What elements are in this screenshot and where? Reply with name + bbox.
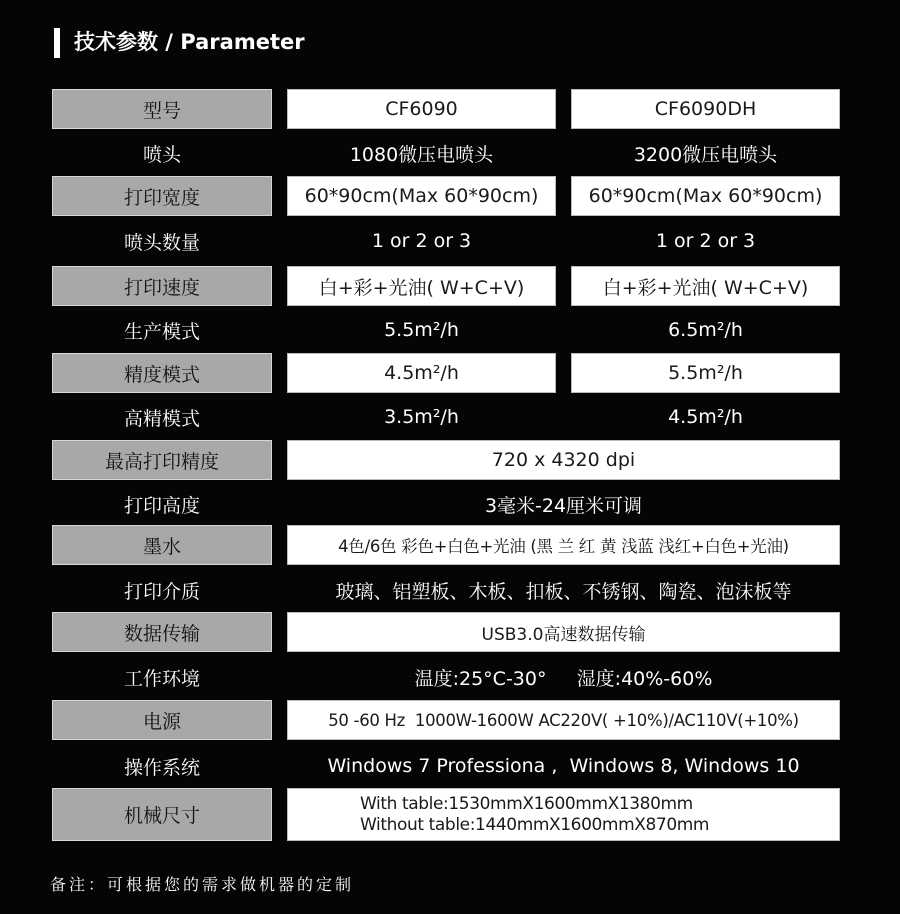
spec-label-data-transfer: 数据传输 — [52, 612, 272, 652]
spec-label-working-environment: 工作环境 — [52, 657, 272, 697]
spec-value-print-height: 3毫米-24厘米可调 — [287, 484, 840, 524]
spec-value-operating-system: Windows 7 Professiona , Windows 8, Windo… — [287, 746, 840, 786]
spec-value-high-precision-mode-cf6090dh: 4.5m²/h — [571, 397, 840, 437]
spec-value-print-media: 玻璃、铝塑板、木板、扣板、不锈钢、陶瓷、泡沫板等 — [287, 570, 840, 610]
spec-value-data-transfer: USB3.0高速数据传输 — [287, 612, 840, 652]
spec-value-model-cf6090: CF6090 — [287, 89, 556, 129]
spec-label-production-mode: 生产模式 — [52, 310, 272, 350]
page-title: 技术参数 / Parameter — [74, 27, 305, 57]
spec-label-high-precision-mode: 高精模式 — [52, 397, 272, 437]
spec-value-machine-dimensions: With table:1530mmX1600mmX1380mm Without … — [287, 788, 840, 841]
spec-value-printhead-cf6090: 1080微压电喷头 — [287, 133, 556, 173]
spec-value-high-precision-mode-cf6090: 3.5m²/h — [287, 397, 556, 437]
spec-value-production-mode-cf6090: 5.5m²/h — [287, 310, 556, 350]
spec-label-printhead: 喷头 — [52, 133, 272, 173]
spec-value-production-mode-cf6090dh: 6.5m²/h — [571, 310, 840, 350]
spec-label-power: 电源 — [52, 700, 272, 740]
spec-label-print-speed: 打印速度 — [52, 266, 272, 306]
spec-value-print-width-cf6090dh: 60*90cm(Max 60*90cm) — [571, 176, 840, 216]
spec-label-head-count: 喷头数量 — [52, 221, 272, 261]
spec-label-print-width: 打印宽度 — [52, 176, 272, 216]
spec-value-head-count-cf6090: 1 or 2 or 3 — [287, 221, 556, 261]
spec-label-precision-mode: 精度模式 — [52, 353, 272, 393]
spec-value-model-cf6090dh: CF6090DH — [571, 89, 840, 129]
spec-value-head-count-cf6090dh: 1 or 2 or 3 — [571, 221, 840, 261]
dimensions-without-table: Without table:1440mmX1600mmX870mm — [360, 815, 709, 836]
spec-value-precision-mode-cf6090dh: 5.5m²/h — [571, 353, 840, 393]
spec-value-max-resolution: 720 x 4320 dpi — [287, 440, 840, 480]
spec-label-print-media: 打印介质 — [52, 570, 272, 610]
dimensions-with-table: With table:1530mmX1600mmX1380mm — [360, 794, 693, 815]
spec-label-model: 型号 — [52, 89, 272, 129]
footer-note: 备注：可根据您的需求做机器的定制 — [50, 872, 354, 895]
spec-value-print-speed-cf6090dh: 白+彩+光油( W+C+V) — [571, 266, 840, 306]
spec-value-ink: 4色/6色 彩色+白色+光油 (黑 兰 红 黄 浅蓝 浅红+白色+光油) — [287, 525, 840, 565]
spec-value-working-environment: 温度:25°C-30° 湿度:40%-60% — [287, 657, 840, 697]
title-accent-bar — [54, 28, 60, 58]
spec-value-printhead-cf6090dh: 3200微压电喷头 — [571, 133, 840, 173]
spec-value-power: 50 -60 Hz 1000W-1600W AC220V( +10%)/AC11… — [287, 700, 840, 740]
spec-value-precision-mode-cf6090: 4.5m²/h — [287, 353, 556, 393]
spec-value-print-width-cf6090: 60*90cm(Max 60*90cm) — [287, 176, 556, 216]
spec-label-operating-system: 操作系统 — [52, 746, 272, 786]
spec-label-max-resolution: 最高打印精度 — [52, 440, 272, 480]
spec-label-machine-dimensions: 机械尺寸 — [52, 788, 272, 841]
spec-value-print-speed-cf6090: 白+彩+光油( W+C+V) — [287, 266, 556, 306]
spec-label-ink: 墨水 — [52, 525, 272, 565]
spec-label-print-height: 打印高度 — [52, 484, 272, 524]
